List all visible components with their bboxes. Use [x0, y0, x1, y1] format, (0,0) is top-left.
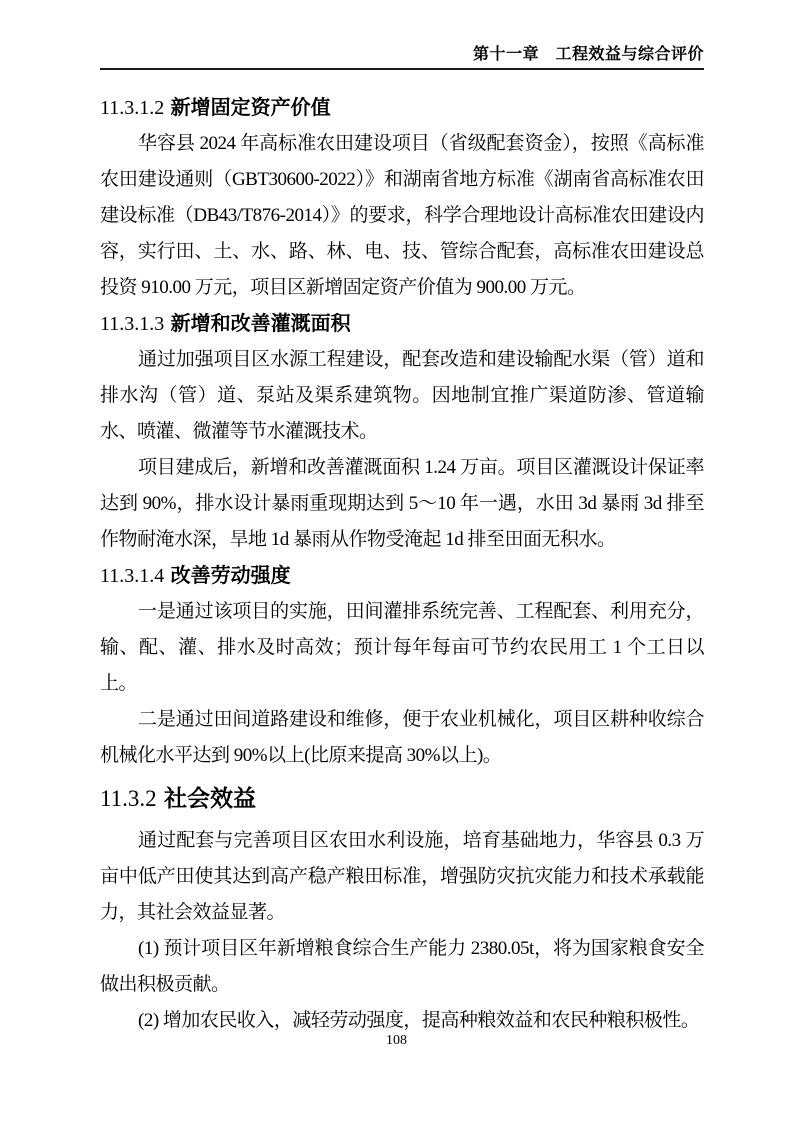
para-irrigation-result: 项目建成后，新增和改善灌溉面积 1.24 万亩。项目区灌溉设计保证率达到 90%…: [100, 450, 704, 558]
section-title: 新增和改善灌溉面积: [171, 313, 351, 335]
page-number: 108: [386, 1033, 407, 1048]
para-social-item-1: (1) 预计项目区年新增粮食综合生产能力 2380.05t，将为国家粮食安全做出…: [100, 931, 704, 1003]
para-irrigation-works: 通过加强项目区水源工程建设，配套改造和建设输配水渠（管）道和排水沟（管）道、泵站…: [100, 342, 704, 450]
section-heading-irrigation-area: 11.3.1.3新增和改善灌溉面积: [100, 306, 704, 342]
para-fixed-assets: 华容县 2024 年高标准农田建设项目（省级配套资金），按照《高标准农田建设通则…: [100, 126, 704, 306]
para-labor-first: 一是通过该项目的实施，田间灌排系统完善、工程配套、利用充分，输、配、灌、排水及时…: [100, 594, 704, 702]
running-header-chapter: 第十一章 工程效益与综合评价: [100, 45, 704, 65]
section-title: 改善劳动强度: [171, 565, 291, 587]
section-number: 11.3.1.4: [100, 565, 164, 587]
section-number: 11.3.1.2: [100, 97, 164, 119]
document-content: 11.3.1.2新增固定资产价值 华容县 2024 年高标准农田建设项目（省级配…: [100, 90, 704, 1039]
para-labor-second: 二是通过田间道路建设和维修，便于农业机械化，项目区耕种收综合机械化水平达到 90…: [100, 702, 704, 774]
section-title: 新增固定资产价值: [171, 97, 331, 119]
section-heading-social-benefit: 11.3.2社会效益: [100, 778, 704, 819]
document-page: 第十一章 工程效益与综合评价 11.3.1.2新增固定资产价值 华容县 2024…: [0, 0, 793, 1122]
section-title: 社会效益: [164, 785, 256, 811]
para-social-overview: 通过配套与完善项目区农田水利设施，培育基础地力，华容县 0.3 万亩中低产田使其…: [100, 823, 704, 931]
section-number: 11.3.1.3: [100, 313, 164, 335]
section-heading-new-fixed-assets: 11.3.1.2新增固定资产价值: [100, 90, 704, 126]
page-footer: 108: [0, 1032, 793, 1050]
header-rule: [100, 68, 704, 70]
section-number: 11.3.2: [100, 786, 157, 811]
section-heading-labor-intensity: 11.3.1.4改善劳动强度: [100, 558, 704, 594]
